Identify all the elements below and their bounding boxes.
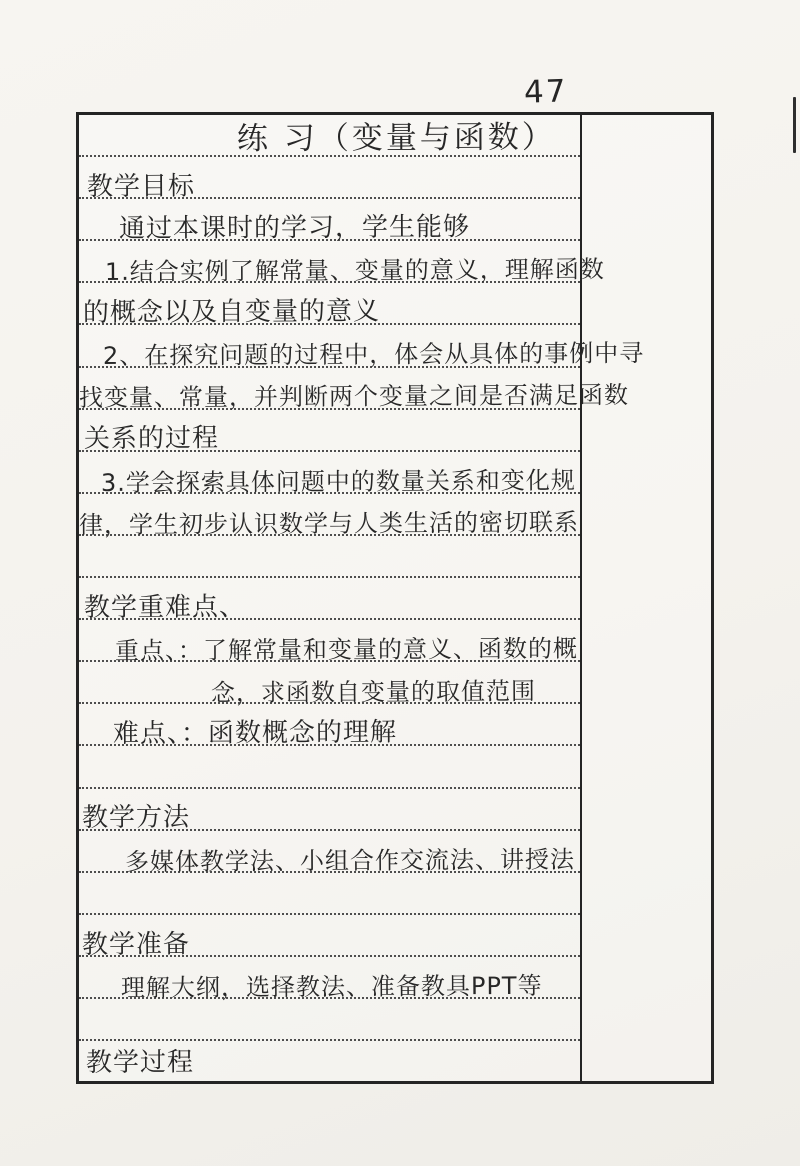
- section-heading-key-difficult-points: 教学重难点、: [79, 578, 580, 620]
- handwritten-line: 律，学生初步认识数学与人类生活的密切联系: [79, 494, 580, 536]
- handwritten-line: 3.学会探索具体问题中的数量关系和变化规: [79, 452, 580, 494]
- handwritten-line: 1.结合实例了解常量、变量的意义，理解函数: [79, 241, 580, 283]
- handwritten-line: 关系的过程: [79, 410, 580, 452]
- handwritten-line: 通过本课时的学习，学生能够: [79, 199, 580, 241]
- scanned-notebook-page: 47 练 习（变量与函数） 教学目标 通过本课时的学习，学生能够 1.结合实例了…: [0, 0, 800, 1166]
- title-text: 练 习（变量与函数）: [237, 121, 556, 155]
- handwritten-line: 2、在探究问题的过程中，体会从具体的事例中寻: [79, 325, 580, 367]
- section-heading-teaching-process: 教学过程: [79, 1041, 580, 1081]
- handwritten-line: 找变量、常量，并判断两个变量之间是否满足函数: [79, 368, 580, 410]
- page-number: 47: [523, 73, 568, 110]
- blank-line: [79, 746, 580, 788]
- handwritten-line: 难点、：函数概念的理解: [79, 704, 580, 746]
- handwritten-line: 理解大纲，选择教法、准备教具PPT等: [79, 957, 580, 999]
- blank-line: [79, 873, 580, 915]
- handwritten-line: 多媒体教学法、小组合作交流法、讲授法: [79, 831, 580, 873]
- blank-line: [79, 536, 580, 578]
- content-column: 练 习（变量与函数） 教学目标 通过本课时的学习，学生能够 1.结合实例了解常量…: [79, 115, 582, 1081]
- section-heading-teaching-goals: 教学目标: [79, 157, 580, 199]
- blank-line: [79, 999, 580, 1041]
- section-heading-teaching-methods: 教学方法: [79, 789, 580, 831]
- handwritten-line: 重点、：了解常量和变量的意义、函数的概: [79, 620, 580, 662]
- handwritten-line: 的概念以及自变量的意义: [79, 283, 580, 325]
- section-heading-teaching-preparation: 教学准备: [79, 915, 580, 957]
- lesson-plan-table: 练 习（变量与函数） 教学目标 通过本课时的学习，学生能够 1.结合实例了解常量…: [76, 112, 714, 1084]
- document-title: 练 习（变量与函数）: [79, 115, 580, 157]
- page-edge-ink-mark: [793, 97, 796, 153]
- handwritten-line: 念，求函数自变量的取值范围: [79, 662, 580, 704]
